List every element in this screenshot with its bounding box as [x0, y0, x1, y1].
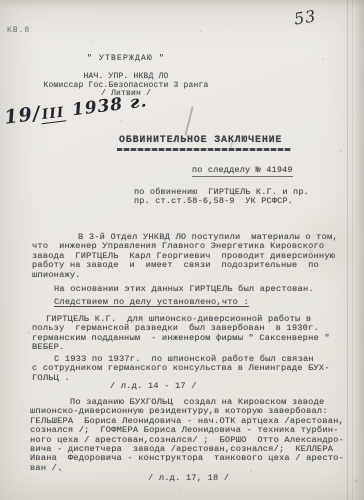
title-underline [117, 148, 291, 151]
handwritten-page-number: 53 [293, 6, 318, 28]
case-number-line: по следделу № 41949 [192, 166, 293, 175]
case-sheets-reference-1: / л.д. 14 - 17 / [110, 382, 197, 391]
scan-noise-speckles [0, 0, 2, 2]
paragraph-residency: По заданию БУХГОЛЬЦ создал на Кировском … [30, 398, 348, 473]
document-title: ОБВИНИТЕЛЬНОЕ ЗАКЛЮЧЕНИЕ [119, 135, 282, 146]
handwritten-date-month: III [40, 104, 67, 124]
paragraph-consulate-link: С 1933 по 1937г. по шпионской работе был… [32, 355, 350, 383]
paragraph-recruitment: ГИРТЦЕЛЬ К.Г. для шпионско-диверсионной … [32, 315, 350, 353]
investigation-heading-text: Следствием по делу установлено,что : [54, 297, 249, 307]
approval-stamp-label: " УТВЕРЖДАЮ " [28, 55, 224, 64]
pencil-mark [184, 106, 193, 135]
paragraph-investigation-heading: Следствием по делу установлено,что : [32, 298, 350, 307]
case-sheets-reference-2: / л.д. 17, 18 / [148, 474, 229, 483]
handwritten-date-day: 19/ [3, 102, 42, 128]
corner-code: КВ.8 [7, 26, 30, 35]
scanned-document: КВ.8 53 " УТВЕРЖДАЮ " НАЧ. УПР. НКВД ЛО … [0, 0, 364, 500]
case-number-text: по следделу № 41949 [192, 165, 293, 177]
paragraph-intro-materials: В 3-й Отдел УНКВД ЛО поступили материалы… [32, 233, 350, 280]
paragraph-arrest: На основании этих данных ГИРТЦЕЛЬ был ар… [32, 285, 350, 294]
accused-reference: по обвинению ГИРТЦЕЛЬ К.Г. и пр. пр. ст.… [134, 188, 309, 206]
